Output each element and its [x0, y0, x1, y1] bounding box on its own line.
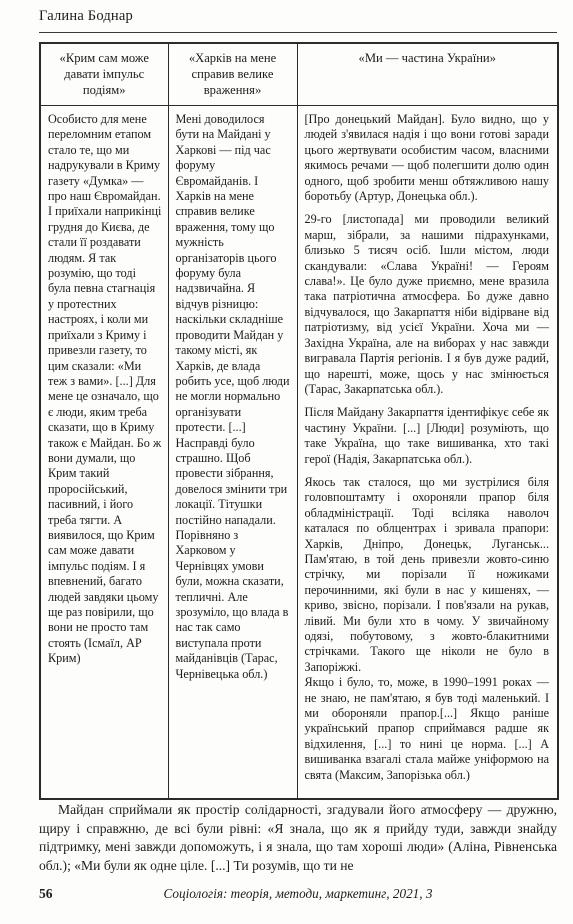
- interview-quotes-table: «Крим сам може давати імпульс подіям» «Х…: [39, 42, 559, 800]
- column-header-crimea: «Крим сам може давати імпульс подіям»: [40, 43, 168, 106]
- quote-paragraph-zaporizhzhia: Якщо і було, то, може, в 1990–1991 роках…: [305, 675, 550, 783]
- quote-cell-ukraine: [Про донецький Майдан]. Було видно, що у…: [297, 106, 558, 800]
- quote-cell-crimea: Особисто для мене переломним етапом стал…: [40, 106, 168, 800]
- journal-title-footer: Соціологія: теорія, методи, маркетинг, 2…: [39, 886, 557, 902]
- column-header-kharkiv: «Харків на мене справив велике враження»: [168, 43, 297, 106]
- quote-paragraph-donetsk: [Про донецький Майдан]. Було видно, що у…: [305, 112, 550, 204]
- table-header-row: «Крим сам може давати імпульс подіям» «Х…: [40, 43, 558, 106]
- header-rule: [39, 32, 557, 33]
- running-header-author: Галина Боднар: [39, 8, 133, 25]
- journal-page: Галина Боднар «Крим сам може давати імпу…: [0, 0, 573, 924]
- quote-paragraph-zakarpattia: Після Майдану Закарпаття ідентифікує себ…: [305, 405, 550, 467]
- quote-paragraph-flag: Якось так сталося, що ми зустрілися біля…: [305, 475, 550, 675]
- body-text-paragraph: Майдан сприймали як простір солідарності…: [39, 801, 557, 875]
- page-footer: 56 Соціологія: теорія, методи, маркетинг…: [39, 886, 557, 906]
- quote-paragraph-march: 29-го [листопада] ми проводили великий м…: [305, 212, 550, 397]
- column-header-ukraine: «Ми — частина України»: [297, 43, 558, 106]
- quote-cell-kharkiv: Мені доводилося бути на Майдані у Харков…: [168, 106, 297, 800]
- table-body-row: Особисто для мене переломним етапом стал…: [40, 106, 558, 800]
